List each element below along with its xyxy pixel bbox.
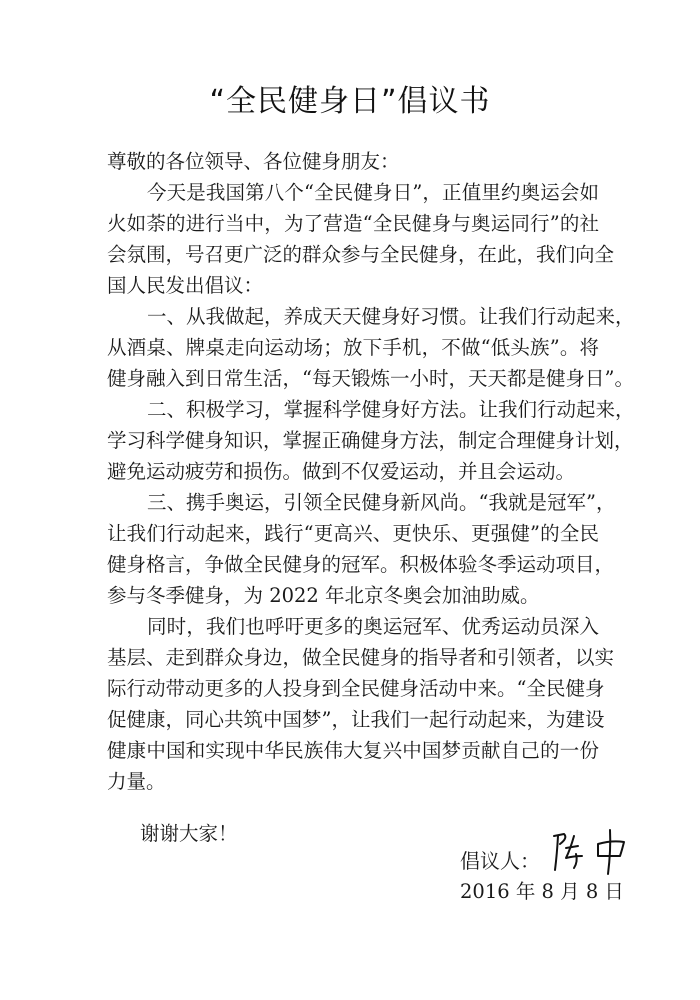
paragraph-line: 会氛围，号召更广泛的群众参与全民健身，在此，我们向全 <box>107 239 599 270</box>
paragraph-line: 健康中国和实现中华民族伟大复兴中国梦贡献自己的一份 <box>107 735 599 766</box>
document-title: “全民健身日”倡议书 <box>0 76 700 120</box>
paragraph-line: 二、积极学习，掌握科学健身好方法。让我们行动起来， <box>107 394 599 425</box>
paragraph-line: 参与冬季健身，为 2022 年北京冬奥会加油助威。 <box>107 580 599 611</box>
paragraph-line: 三、携手奥运，引领全民健身新风尚。“我就是冠军”， <box>107 487 599 518</box>
paragraph-line: 促健康，同心共筑中国梦”，让我们一起行动起来，为建设 <box>107 704 599 735</box>
paragraph-line: 避免运动疲劳和损伤。做到不仅爱运动，并且会运动。 <box>107 456 599 487</box>
paragraph-line: 一、从我做起，养成天天健身好习惯。让我们行动起来， <box>107 301 599 332</box>
document-date: 2016 年 8 月 8 日 <box>460 876 624 904</box>
paragraph-line: 力量。 <box>107 766 599 797</box>
paragraph-line: 今天是我国第八个“全民健身日”，正值里约奥运会如 <box>107 177 599 208</box>
handwritten-signature <box>548 826 638 876</box>
paragraph-line: 际行动带动更多的人投身到全民健身活动中来。“全民健身 <box>107 673 599 704</box>
signer-label: 倡议人： <box>460 845 540 874</box>
document-body: 尊敬的各位领导、各位健身朋友： 今天是我国第八个“全民健身日”，正值里约奥运会如… <box>107 146 599 797</box>
paragraph-line: 同时，我们也呼吁更多的奥运冠军、优秀运动员深入 <box>107 611 599 642</box>
paragraph-lines: 今天是我国第八个“全民健身日”，正值里约奥运会如火如荼的进行当中，为了营造“全民… <box>107 177 599 797</box>
paragraph-line: 让我们行动起来，践行“更高兴、更快乐、更强健”的全民 <box>107 518 599 549</box>
salutation: 尊敬的各位领导、各位健身朋友： <box>107 146 599 177</box>
paragraph-line: 基层、走到群众身边，做全民健身的指导者和引领者，以实 <box>107 642 599 673</box>
paragraph-line: 学习科学健身知识，掌握正确健身方法，制定合理健身计划， <box>107 425 599 456</box>
paragraph-line: 健身融入到日常生活，“每天锻炼一小时，天天都是健身日”。 <box>107 363 599 394</box>
paragraph-line: 国人民发出倡议： <box>107 270 599 301</box>
paragraph-line: 健身格言，争做全民健身的冠军。积极体验冬季运动项目， <box>107 549 599 580</box>
closing-text: 谢谢大家！ <box>140 818 238 846</box>
paragraph-line: 从酒桌、牌桌走向运动场；放下手机，不做“低头族”。将 <box>107 332 599 363</box>
paragraph-line: 火如荼的进行当中，为了营造“全民健身与奥运同行”的社 <box>107 208 599 239</box>
